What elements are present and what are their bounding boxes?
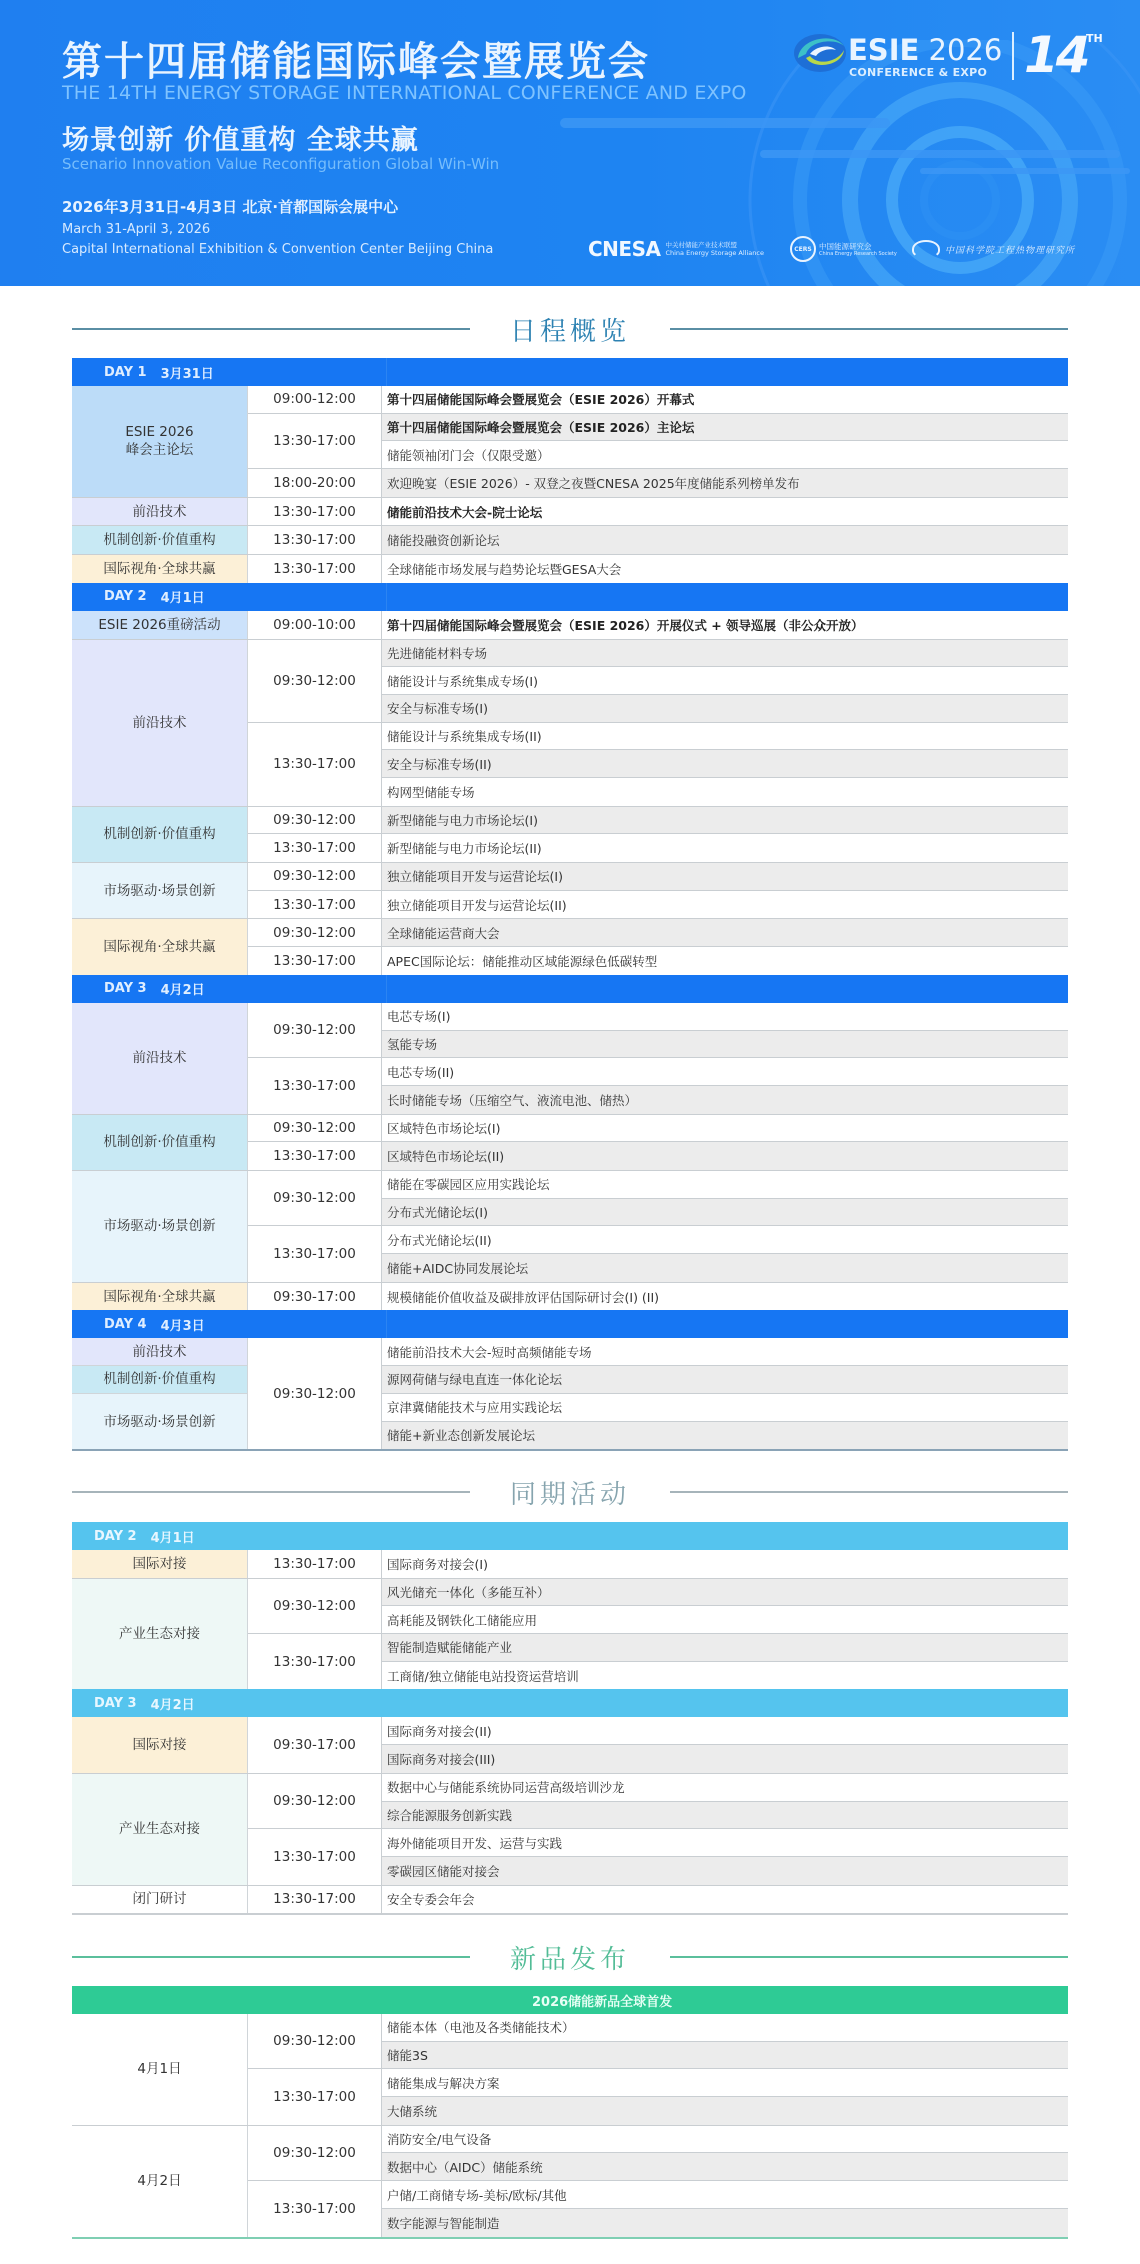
session-item: APEC国际论坛：储能推动区域能源绿色低碳转型	[382, 947, 1068, 975]
session-group: 机制创新·价值重构 09:30-12:00 13:30-17:00 新型储能与电…	[72, 807, 1068, 863]
session-item: 海外储能项目开发、运营与实践	[382, 1829, 1068, 1857]
session-item: 氢能专场	[382, 1031, 1068, 1059]
session-item: 电芯专场(II)	[382, 1058, 1068, 1086]
session-group: 产业生态对接 09:30-12:00 13:30-17:00 数据中心与储能系统…	[72, 1774, 1068, 1886]
concurrent-events-table: DAY 24月1日 国际对接 13:30-17:00 国际商务对接会(I) 产业…	[72, 1522, 1068, 1915]
time-cell: 13:30-17:00	[248, 1058, 381, 1113]
banner-slogan-en: Scenario Innovation Value Reconfiguratio…	[62, 155, 499, 173]
session-item: 储能在零碳园区应用实践论坛	[382, 1171, 1068, 1199]
table-bottom-border	[72, 2237, 1068, 2239]
day-header: DAY 34月2日	[72, 1689, 1068, 1717]
time-cell: 13:30-17:00	[248, 723, 381, 806]
session-item: 欢迎晚宴（ESIE 2026）- 双登之夜暨CNESA 2025年度储能系列榜单…	[382, 469, 1068, 497]
time-cell: 09:30-12:00	[248, 1115, 381, 1143]
time-cell: 13:30-17:00	[248, 1829, 381, 1884]
session-item: 京津冀储能技术与应用实践论坛	[382, 1394, 1068, 1422]
session-item: 储能设计与系统集成专场(II)	[382, 723, 1068, 751]
session-group: 国际视角·全球共赢 09:30-17:00 规模储能价值收益及碳排放评估国际研讨…	[72, 1283, 1068, 1311]
category-cell: ESIE 2026重磅活动	[72, 611, 248, 639]
session-item: 长时储能专场（压缩空气、液流电池、储热）	[382, 1086, 1068, 1114]
session-item: 源网荷储与绿电直连一体化论坛	[382, 1366, 1068, 1394]
session-group: 前沿技术 机制创新·价值重构 市场驱动·场景创新 09:30-12:00 储能前…	[72, 1338, 1068, 1449]
esie-logo-icon	[790, 28, 852, 78]
category-cell: 机制创新·价值重构	[72, 1366, 247, 1394]
session-item: 高耗能及钢铁化工储能应用	[382, 1606, 1068, 1634]
time-cell: 09:30-12:00	[248, 919, 381, 947]
session-group: 闭门研讨 13:30-17:00 安全专委会年会	[72, 1886, 1068, 1914]
category-cell: 国际视角·全球共赢	[72, 919, 248, 974]
session-item: 工商储/独立储能电站投资运营培训	[382, 1662, 1068, 1690]
time-cell: 13:30-17:00	[248, 1226, 381, 1281]
session-item: 国际商务对接会(II)	[382, 1717, 1068, 1745]
session-group: 国际视角·全球共赢 09:30-12:00 13:30-17:00 全球储能运营…	[72, 919, 1068, 974]
time-cell: 13:30-17:00	[248, 947, 381, 975]
category-cell: 前沿技术	[72, 498, 248, 526]
session-item: 分布式光储论坛(II)	[382, 1226, 1068, 1254]
session-group: ESIE 2026 峰会主论坛 09:00-12:00 13:30-17:00 …	[72, 386, 1068, 498]
banner-slogan-cn: 场景创新 价值重构 全球共赢	[62, 118, 419, 157]
session-group: 前沿技术 09:30-12:00 13:30-17:00 电芯专场(I) 氢能专…	[72, 1003, 1068, 1115]
session-item: 零碳园区储能对接会	[382, 1857, 1068, 1885]
day-header: DAY 34月2日	[72, 975, 1068, 1003]
session-item: 国际商务对接会(I)	[382, 1550, 1068, 1578]
category-cell: 4月2日	[72, 2126, 248, 2237]
table-bottom-border	[72, 1449, 1068, 1451]
session-group: 4月2日 09:30-12:00 13:30-17:00 消防安全/电气设备 数…	[72, 2126, 1068, 2237]
session-item: 第十四届储能国际峰会暨展览会（ESIE 2026）主论坛	[382, 414, 1068, 442]
category-cell: 国际对接	[72, 1550, 248, 1578]
partner-cas-logo: 中国科学院工程热物理研究所	[912, 234, 1075, 264]
session-item: 储能投融资创新论坛	[382, 526, 1068, 554]
esie-logo-text: ESIE 2026	[848, 33, 1002, 67]
session-item: 区域特色市场论坛(II)	[382, 1142, 1068, 1170]
time-cell: 09:30-12:00	[248, 863, 381, 891]
time-cell: 13:30-17:00	[248, 498, 381, 526]
session-item: 规模储能价值收益及碳排放评估国际研讨会(I) (II)	[382, 1283, 1068, 1311]
category-cell: 前沿技术	[72, 640, 248, 806]
section-title-overview: 日程概览	[72, 311, 1068, 347]
session-group: 市场驱动·场景创新 09:30-12:00 13:30-17:00 储能在零碳园…	[72, 1171, 1068, 1283]
cers-badge-icon: CERS	[790, 236, 816, 262]
time-cell: 09:30-12:00	[248, 807, 381, 835]
banner-title-en: THE 14TH ENERGY STORAGE INTERNATIONAL CO…	[62, 82, 747, 104]
time-cell: 09:00-10:00	[248, 611, 381, 639]
session-item: 数字能源与智能制造	[382, 2209, 1068, 2237]
session-item: 风光储充一体化（多能互补）	[382, 1579, 1068, 1607]
logo-divider	[1012, 32, 1014, 80]
day-header: DAY 44月3日	[72, 1310, 1068, 1338]
category-cell: 4月1日	[72, 2014, 248, 2125]
time-cell: 18:00-20:00	[248, 469, 381, 497]
session-item: 安全专委会年会	[382, 1886, 1068, 1914]
time-cell: 09:00-12:00	[248, 386, 381, 414]
time-cell: 13:30-17:00	[248, 2181, 381, 2236]
event-banner: 第十四届储能国际峰会暨展览会 THE 14TH ENERGY STORAGE I…	[0, 0, 1140, 286]
session-item: 全球储能市场发展与趋势论坛暨GESA大会	[382, 555, 1068, 583]
launch-header: 2026储能新品全球首发	[72, 1986, 1068, 2014]
session-item: 储能+新业态创新发展论坛	[382, 1422, 1068, 1450]
category-cell: 前沿技术	[72, 1003, 248, 1114]
partner-cnesa-logo: CNESA 中关村储能产业技术联盟China Energy Storage Al…	[588, 234, 764, 264]
time-cell: 09:30-12:00	[248, 1579, 381, 1634]
banner-date-venue-cn: 2026年3月31日-4月3日 北京·首都国际会展中心	[62, 196, 398, 217]
time-cell: 09:30-12:00	[248, 1338, 381, 1449]
time-cell: 09:30-12:00	[248, 1774, 381, 1829]
session-item: 新型储能与电力市场论坛(II)	[382, 834, 1068, 862]
session-group: 国际对接 13:30-17:00 国际商务对接会(I)	[72, 1550, 1068, 1579]
session-item: 先进储能材料专场	[382, 640, 1068, 668]
section-title-concurrent: 同期活动	[72, 1474, 1068, 1510]
day-header: DAY 24月1日	[72, 1522, 1068, 1550]
session-item: 储能3S	[382, 2042, 1068, 2070]
time-cell: 09:30-17:00	[248, 1283, 381, 1311]
category-cell: 国际对接	[72, 1717, 248, 1772]
time-cell: 13:30-17:00	[248, 1634, 381, 1689]
time-cell: 13:30-17:00	[248, 555, 381, 583]
session-item: 智能制造赋能储能产业	[382, 1634, 1068, 1662]
session-item: 第十四届储能国际峰会暨展览会（ESIE 2026）开幕式	[382, 386, 1068, 414]
session-item: 独立储能项目开发与运营论坛(I)	[382, 863, 1068, 891]
banner-title-cn: 第十四届储能国际峰会暨展览会	[62, 30, 650, 87]
session-item: 国际商务对接会(III)	[382, 1745, 1068, 1773]
cas-emblem-icon	[912, 240, 940, 258]
session-item: 储能前沿技术大会-短时高频储能专场	[382, 1338, 1068, 1366]
category-cell: 国际视角·全球共赢	[72, 555, 248, 583]
session-item: 安全与标准专场(I)	[382, 695, 1068, 723]
time-cell: 13:30-17:00	[248, 834, 381, 862]
session-item: 全球储能运营商大会	[382, 919, 1068, 947]
category-cell: 机制创新·价值重构	[72, 526, 248, 554]
time-cell: 13:30-17:00	[248, 1550, 381, 1578]
session-item: 数据中心与储能系统协同运营高级培训沙龙	[382, 1774, 1068, 1802]
product-launch-table: 2026储能新品全球首发 4月1日 09:30-12:00 13:30-17:0…	[72, 1986, 1068, 2239]
time-cell: 09:30-12:00	[248, 1003, 381, 1058]
session-item: 大储系统	[382, 2097, 1068, 2125]
session-item: 第十四届储能国际峰会暨展览会（ESIE 2026）开展仪式 + 领导巡展（非公众…	[382, 611, 1068, 639]
category-cell: 机制创新·价值重构	[72, 1115, 248, 1170]
session-item: 新型储能与电力市场论坛(I)	[382, 807, 1068, 835]
session-group: 国际视角·全球共赢 13:30-17:00 全球储能市场发展与趋势论坛暨GESA…	[72, 555, 1068, 583]
session-item: 户储/工商储专场-美标/欧标/其他	[382, 2181, 1068, 2209]
session-item: 储能+AIDC协同发展论坛	[382, 1254, 1068, 1282]
time-cell: 13:30-17:00	[248, 1886, 381, 1914]
category-cell: 闭门研讨	[72, 1886, 248, 1914]
session-item: 储能领袖闭门会（仅限受邀）	[382, 441, 1068, 469]
time-cell: 13:30-17:00	[248, 1142, 381, 1170]
time-cell: 13:30-17:00	[248, 414, 381, 469]
overview-schedule-table: DAY 13月31日 ESIE 2026 峰会主论坛 09:00-12:00 1…	[72, 358, 1068, 1451]
light-streak	[920, 168, 1130, 174]
light-streak	[560, 118, 890, 128]
session-item: 区域特色市场论坛(I)	[382, 1115, 1068, 1143]
session-group: ESIE 2026重磅活动 09:00-10:00 第十四届储能国际峰会暨展览会…	[72, 611, 1068, 640]
session-group: 产业生态对接 09:30-12:00 13:30-17:00 风光储充一体化（多…	[72, 1579, 1068, 1690]
table-bottom-border	[72, 1913, 1068, 1915]
day-header: DAY 24月1日	[72, 583, 1068, 611]
edition-suffix: TH	[1086, 32, 1103, 45]
time-cell: 09:30-12:00	[248, 1171, 381, 1226]
session-item: 储能本体（电池及各类储能技术）	[382, 2014, 1068, 2042]
time-cell: 13:30-17:00	[248, 526, 381, 554]
category-cell: 市场驱动·场景创新	[72, 863, 248, 918]
category-cell: 前沿技术	[72, 1338, 247, 1366]
session-group: 市场驱动·场景创新 09:30-12:00 13:30-17:00 独立储能项目…	[72, 863, 1068, 919]
session-item: 消防安全/电气设备	[382, 2126, 1068, 2154]
time-cell: 13:30-17:00	[248, 891, 381, 919]
session-item: 储能设计与系统集成专场(I)	[382, 667, 1068, 695]
session-item: 数据中心（AIDC）储能系统	[382, 2153, 1068, 2181]
session-item: 综合能源服务创新实践	[382, 1802, 1068, 1830]
session-group: 前沿技术 13:30-17:00 储能前沿技术大会-院士论坛	[72, 498, 1068, 527]
category-cell: 国际视角·全球共赢	[72, 1283, 248, 1311]
session-group: 前沿技术 09:30-12:00 13:30-17:00 先进储能材料专场 储能…	[72, 640, 1068, 807]
edition-number: 14	[1024, 26, 1088, 84]
session-group: 机制创新·价值重构 09:30-12:00 13:30-17:00 区域特色市场…	[72, 1115, 1068, 1171]
time-cell: 13:30-17:00	[248, 2069, 381, 2124]
banner-date-en: March 31-April 3, 2026	[62, 222, 210, 237]
time-cell: 09:30-12:00	[248, 640, 381, 723]
session-item: 储能前沿技术大会-院士论坛	[382, 498, 1068, 526]
session-item: 储能集成与解决方案	[382, 2069, 1068, 2097]
light-streak	[760, 150, 1120, 158]
session-item: 电芯专场(I)	[382, 1003, 1068, 1031]
category-cell: 机制创新·价值重构	[72, 807, 248, 862]
session-item: 安全与标准专场(II)	[382, 750, 1068, 778]
session-item: 构网型储能专场	[382, 778, 1068, 806]
session-item: 独立储能项目开发与运营论坛(II)	[382, 891, 1068, 919]
session-group: 国际对接 09:30-17:00 国际商务对接会(II) 国际商务对接会(III…	[72, 1717, 1068, 1773]
category-cell: ESIE 2026 峰会主论坛	[72, 386, 248, 497]
category-cell: 市场驱动·场景创新	[72, 1394, 247, 1449]
time-cell: 09:30-12:00	[248, 2014, 381, 2069]
day-header: DAY 13月31日	[72, 358, 1068, 386]
category-cell: 市场驱动·场景创新	[72, 1171, 248, 1282]
section-title-launch: 新品发布	[72, 1939, 1068, 1975]
time-cell: 09:30-17:00	[248, 1717, 381, 1772]
session-group: 4月1日 09:30-12:00 13:30-17:00 储能本体（电池及各类储…	[72, 2014, 1068, 2126]
esie-logo-subtitle: CONFERENCE & EXPO	[849, 66, 987, 79]
partner-cers-logo: CERS 中国能源研究会China Energy Research Societ…	[790, 234, 897, 264]
session-item: 分布式光储论坛(I)	[382, 1199, 1068, 1227]
category-cell: 产业生态对接	[72, 1579, 248, 1690]
time-cell: 09:30-12:00	[248, 2126, 381, 2181]
banner-venue-en: Capital International Exhibition & Conve…	[62, 242, 493, 257]
category-cell: 产业生态对接	[72, 1774, 248, 1885]
session-group: 机制创新·价值重构 13:30-17:00 储能投融资创新论坛	[72, 526, 1068, 555]
